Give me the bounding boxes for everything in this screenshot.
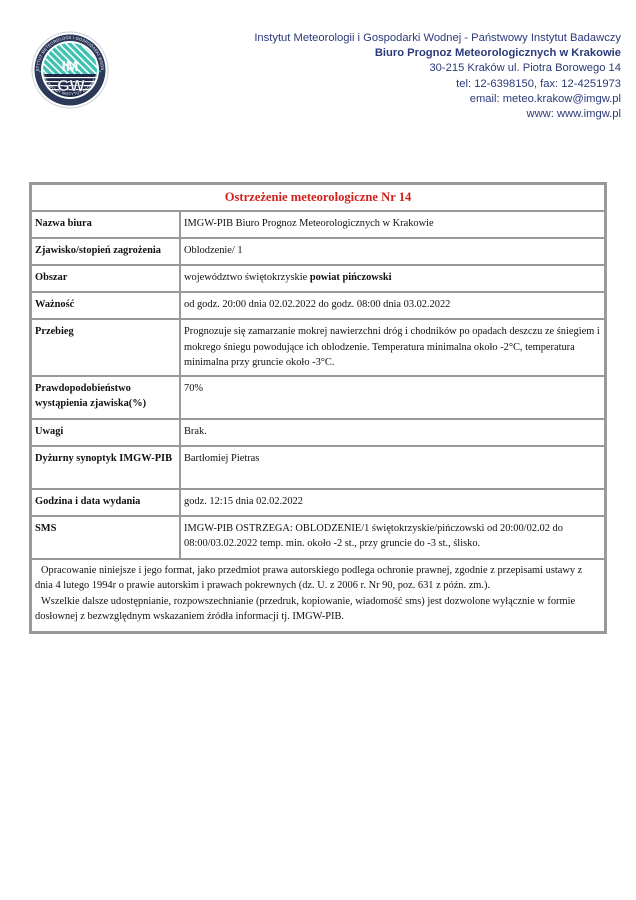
- area-district: powiat pińczowski: [310, 272, 392, 283]
- table-row: Zjawisko/stopień zagrożenia Oblodzenie/ …: [31, 238, 605, 265]
- copyright-notice: Opracowanie niniejsze i jego format, jak…: [31, 559, 605, 632]
- table-row: Obszar województwo świętokrzyskie powiat…: [31, 265, 605, 292]
- row-value-area: województwo świętokrzyskie powiat pińczo…: [180, 265, 605, 292]
- row-label-office: Nazwa biura: [31, 211, 180, 238]
- row-label-course: Przebieg: [31, 319, 180, 376]
- warning-title: Ostrzeżenie meteorologiczne Nr 14: [31, 184, 605, 211]
- table-row: Uwagi Brak.: [31, 419, 605, 446]
- row-value-probability: 70%: [180, 376, 605, 419]
- row-label-forecaster: Dyżurny synoptyk IMGW-PIB: [31, 446, 180, 489]
- warning-table: Ostrzeżenie meteorologiczne Nr 14 Nazwa …: [29, 182, 607, 634]
- table-row: Przebieg Prognozuje się zamarzanie mokre…: [31, 319, 605, 376]
- row-label-remarks: Uwagi: [31, 419, 180, 446]
- row-label-probability: Prawdopodobieństwo wystąpienia zjawiska(…: [31, 376, 180, 419]
- row-value-remarks: Brak.: [180, 419, 605, 446]
- row-value-course: Prognozuje się zamarzanie mokrej nawierz…: [180, 319, 605, 376]
- row-label-phenomenon: Zjawisko/stopień zagrożenia: [31, 238, 180, 265]
- website-link[interactable]: www: www.imgw.pl: [254, 107, 621, 122]
- svg-text:IM: IM: [62, 58, 79, 75]
- area-region: województwo świętokrzyskie: [184, 272, 310, 283]
- table-footer-row: Opracowanie niniejsze i jego format, jak…: [31, 559, 605, 632]
- phone-fax: tel: 12-6398150, fax: 12-4251973: [254, 77, 621, 92]
- table-row: Godzina i data wydania godz. 12:15 dnia …: [31, 489, 605, 516]
- table-row: SMS IMGW-PIB OSTRZEGA: OBLODZENIE/1 świę…: [31, 516, 605, 559]
- row-label-issued: Godzina i data wydania: [31, 489, 180, 516]
- office-name: Biuro Prognoz Meteorologicznych w Krakow…: [254, 46, 621, 61]
- table-title-row: Ostrzeżenie meteorologiczne Nr 14: [31, 184, 605, 211]
- email-link[interactable]: email: meteo.krakow@imgw.pl: [254, 92, 621, 107]
- row-label-sms: SMS: [31, 516, 180, 559]
- institute-name: Instytut Meteorologii i Gospodarki Wodne…: [254, 31, 621, 46]
- table-row: Dyżurny synoptyk IMGW-PIB Bartłomiej Pie…: [31, 446, 605, 489]
- row-value-phenomenon: Oblodzenie/ 1: [180, 238, 605, 265]
- row-value-issued: godz. 12:15 dnia 02.02.2022: [180, 489, 605, 516]
- header-contact-block: Instytut Meteorologii i Gospodarki Wodne…: [254, 31, 621, 122]
- table-row: Prawdopodobieństwo wystąpienia zjawiska(…: [31, 376, 605, 419]
- table-row: Ważność od godz. 20:00 dnia 02.02.2022 d…: [31, 292, 605, 319]
- imgw-logo-icon: IM GW INSTYTUT METEOROLOGII I GOSPODARKI…: [31, 31, 109, 109]
- table-row: Nazwa biura IMGW-PIB Biuro Prognoz Meteo…: [31, 211, 605, 238]
- row-value-forecaster: Bartłomiej Pietras: [180, 446, 605, 489]
- row-value-office: IMGW-PIB Biuro Prognoz Meteorologicznych…: [180, 211, 605, 238]
- row-label-validity: Ważność: [31, 292, 180, 319]
- row-value-validity: od godz. 20:00 dnia 02.02.2022 do godz. …: [180, 292, 605, 319]
- distribution-text: Wszelkie dalsze udostępnianie, rozpowsze…: [35, 594, 601, 625]
- row-value-sms: IMGW-PIB OSTRZEGA: OBLODZENIE/1 świętokr…: [180, 516, 605, 559]
- copyright-text: Opracowanie niniejsze i jego format, jak…: [35, 563, 601, 594]
- row-label-area: Obszar: [31, 265, 180, 292]
- address: 30-215 Kraków ul. Piotra Borowego 14: [254, 61, 621, 76]
